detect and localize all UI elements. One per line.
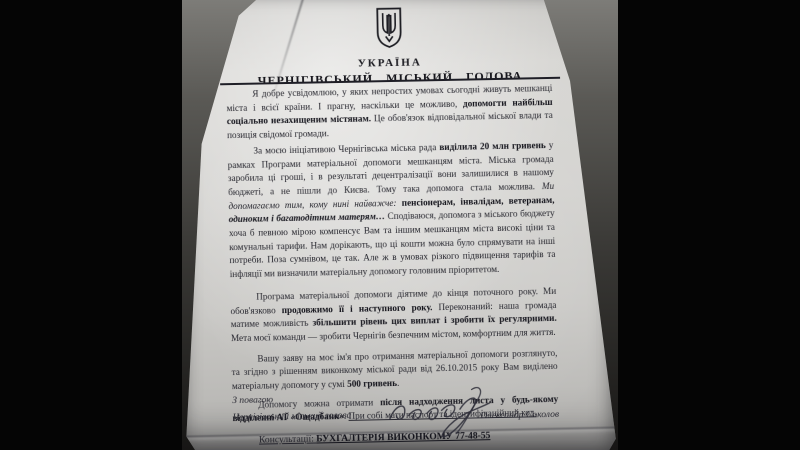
right-black-bar: [616, 0, 800, 450]
text-run: Консультації:: [259, 434, 316, 446]
text-run: За моєю ініціативою Чернігівська міська …: [253, 142, 439, 156]
salutation: З повагою: [232, 394, 273, 406]
left-black-bar: [0, 0, 184, 450]
text-run: пенсіонерам, інвалідам, ветеранам,: [402, 195, 555, 208]
paragraph: Програма матеріальної допомоги діятиме д…: [230, 285, 557, 346]
text-run: Допомогу можна отримати: [258, 397, 380, 409]
letter-paper: УКРАЇНА ЧЕРНІГІВСЬКИЙ МІСЬКИЙ ГОЛОВА Я д…: [182, 0, 618, 450]
text-run: збільшити рівень цих виплат і зробити їх…: [312, 313, 556, 328]
letter-photo: УКРАЇНА ЧЕРНІГІВСЬКИЙ МІСЬКИЙ ГОЛОВА Я д…: [182, 0, 618, 450]
paragraph: За моєю ініціативою Чернігівська міська …: [227, 139, 556, 282]
letter-content: УКРАЇНА ЧЕРНІГІВСЬКИЙ МІСЬКИЙ ГОЛОВА Я д…: [219, 0, 568, 450]
text-run: Мета моєї команди — зробити Чернігів без…: [231, 327, 556, 343]
paragraph: Я добре усвідомлюю, у яких непростих умо…: [226, 82, 553, 143]
signer-name: Олександр Соколов: [480, 409, 559, 422]
ukrainian-trident-emblem-icon: [374, 6, 405, 51]
text-run: одиноким і багатодітним матерям…: [229, 211, 385, 224]
letterhead: УКРАЇНА ЧЕРНІГІВСЬКИЙ МІСЬКИЙ ГОЛОВА: [219, 3, 560, 90]
signer-title: Чернігівський міський голова: [232, 410, 351, 423]
text-run: виділила 20 млн гривень: [439, 140, 546, 152]
text-run: продовжимо її і наступного року.: [282, 302, 433, 315]
